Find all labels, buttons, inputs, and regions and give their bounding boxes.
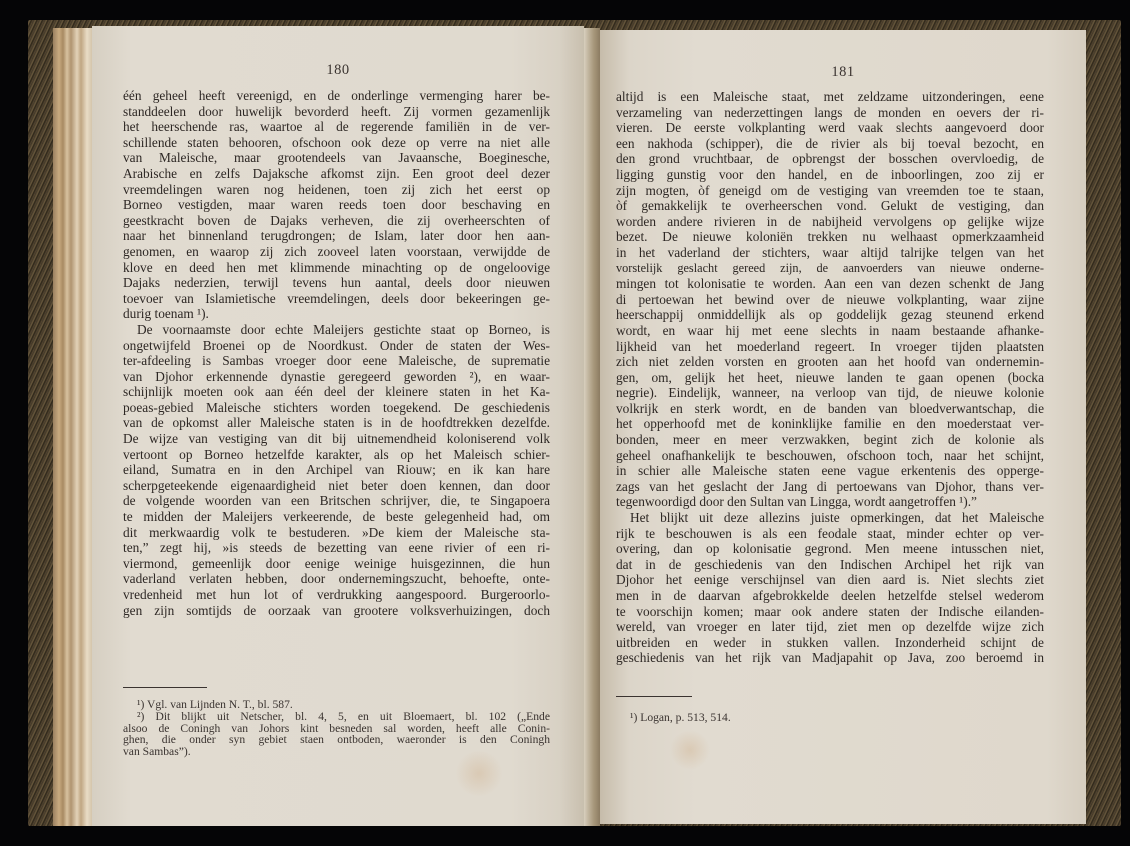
text-line: eiland, Sumatra en in den Archipel van R… bbox=[123, 462, 550, 478]
text-line: bezet. De nieuwe koloniën trekken nu wel… bbox=[616, 229, 1044, 245]
left-page: 180 één geheel heeft vereenigd, en de on… bbox=[92, 26, 584, 826]
text-line: uitbreiden en weder in stukken vallen. I… bbox=[616, 635, 1044, 651]
paper-stain bbox=[670, 730, 710, 770]
text-line: vertoont op Borneo hetzelfde karakter, a… bbox=[123, 447, 550, 463]
footnote-rule bbox=[123, 687, 207, 688]
footnote: ¹) Logan, p. 513, 514. bbox=[616, 712, 1044, 724]
text-line: altijd is een Maleische staat, met zeldz… bbox=[616, 89, 1044, 105]
body-text: één geheel heeft vereenigd, en de onderl… bbox=[123, 88, 550, 618]
text-line: zags van het geslacht der Jang di pertoe… bbox=[616, 479, 1044, 495]
footnote: ²) Dit blijkt uit Netscher, bl. 4, 5, en… bbox=[123, 711, 550, 723]
text-line: verzameling van nederzettingen langs de … bbox=[616, 105, 1044, 121]
footnote-rule bbox=[616, 696, 692, 697]
text-line: te voorschijn komen; maar ook andere sta… bbox=[616, 604, 1044, 620]
text-line: in schier alle Maleische staten eene vag… bbox=[616, 463, 1044, 479]
text-line: Het blijkt uit deze allezins juiste opme… bbox=[616, 510, 1044, 526]
text-line: toevoer van Islamietische vreemdelingen,… bbox=[123, 291, 550, 307]
text-line: de volgende woorden van een Britschen sc… bbox=[123, 493, 550, 509]
text-line: viermond, gemeenlijk door eenige weinige… bbox=[123, 556, 550, 572]
text-line: geheel onafhankelijk te beschouwen, ofsc… bbox=[616, 448, 1044, 464]
text-line: schijnlijk moeten ook aan één deel der k… bbox=[123, 384, 550, 400]
text-line: Arabische en zelfs Dajaksche afkomst zij… bbox=[123, 166, 550, 182]
text-line: te midden der Maleijers verkeerende, de … bbox=[123, 509, 550, 525]
paper-stain bbox=[454, 751, 504, 796]
text-line: één geheel heeft vereenigd, en de onderl… bbox=[123, 88, 550, 104]
text-line: dat in de geschiedenis van den Indischen… bbox=[616, 557, 1044, 573]
text-line: worden andere rivieren in de nabijheid v… bbox=[616, 214, 1044, 230]
right-page: 181 altijd is een Maleische staat, met z… bbox=[600, 30, 1086, 824]
text-line: ligging gunstig voor den handel, en de i… bbox=[616, 167, 1044, 183]
text-line: men in de daarvan afgebrokkelde deelen h… bbox=[616, 588, 1044, 604]
text-line: vorstelijk geslacht gereed zijn, de aanv… bbox=[616, 261, 1044, 277]
text-line: negrie). Eindelijk, wanneer, na verloop … bbox=[616, 385, 1044, 401]
text-line: di pertoewan het bewind over de nieuwe v… bbox=[616, 292, 1044, 308]
text-line: vredenheid met hun lot of verdrukking aa… bbox=[123, 587, 550, 603]
text-line: Dajaks nederzien, terwijl tevens hun aan… bbox=[123, 275, 550, 291]
text-line: tegenwoordigd door den Sultan van Lingga… bbox=[616, 494, 1044, 510]
text-line: van Maleische, maar grootendeels van Jav… bbox=[123, 150, 550, 166]
text-line: De wijze van vestiging van dit bij uitne… bbox=[123, 431, 550, 447]
page-number: 180 bbox=[92, 62, 584, 79]
text-line: standdeelen door huwelijk bevorderd heef… bbox=[123, 104, 550, 120]
text-line: durig toenam ¹). bbox=[123, 306, 550, 322]
text-line: geschiedenis van het rijk van Madjapahit… bbox=[616, 650, 1044, 666]
text-line: zich niet zelden vorsten en grooten aan … bbox=[616, 354, 1044, 370]
text-line: wereld, van vroeger en later tijd, ziet … bbox=[616, 619, 1044, 635]
body-text: altijd is een Maleische staat, met zeldz… bbox=[616, 89, 1044, 666]
text-line: het opperhoofd met de koninklijke famili… bbox=[616, 416, 1044, 432]
text-line: òf gemakkelijk te overheerschen vond. Ge… bbox=[616, 198, 1044, 214]
text-line: een nakhoda (schipper), die de rivier al… bbox=[616, 136, 1044, 152]
text-line: den grond vruchtbaar, de opbrengst der b… bbox=[616, 151, 1044, 167]
book-gutter bbox=[584, 28, 600, 826]
text-line: gen zijn somtijds de oorzaak van grooter… bbox=[123, 603, 550, 619]
text-line: overing, dan op kolonisatie gegrond. Men… bbox=[616, 541, 1044, 557]
text-line: schillende staten behooren, ofschoon ook… bbox=[123, 135, 550, 151]
text-line: vaderland verlaten hebben, door ondernem… bbox=[123, 571, 550, 587]
page-edges bbox=[53, 28, 93, 826]
text-line: zijn mogten, òf geneigd om de vestiging … bbox=[616, 183, 1044, 199]
text-line: wordt, en waar hij met eene slechts in n… bbox=[616, 323, 1044, 339]
text-line: De voornaamste door echte Maleijers gest… bbox=[123, 322, 550, 338]
text-line: heerschappij onmiddellijk als op goddeli… bbox=[616, 307, 1044, 323]
text-line: het heerschende ras, waartoe al de reger… bbox=[123, 119, 550, 135]
text-line: poeas-gebied Maleische stichters worden … bbox=[123, 400, 550, 416]
text-line: ten,” zegt hij, »is steeds de bezetting … bbox=[123, 540, 550, 556]
footnotes: ¹) Vgl. van Lijnden N. T., bl. 587. ²) D… bbox=[123, 699, 550, 758]
text-line: dit merkwaardig volk te bestuderen. »De … bbox=[123, 525, 550, 541]
text-line: gen, om, gelijk het heet, nieuwe landen … bbox=[616, 370, 1044, 386]
text-line: scherpgeteekende eigenaardigheid niet be… bbox=[123, 478, 550, 494]
text-line: van de opkomst aller Maleische staten is… bbox=[123, 415, 550, 431]
text-line: bonden, meer en meer verzwakken, begint … bbox=[616, 432, 1044, 448]
text-line: van Djohor erkennende dynastie geregeerd… bbox=[123, 369, 550, 385]
text-line: in het vaderland der stichters, waar alt… bbox=[616, 245, 1044, 261]
text-line: ongetwijfeld Broenei op de Noordkust. On… bbox=[123, 338, 550, 354]
footnotes: ¹) Logan, p. 513, 514. bbox=[616, 712, 1044, 724]
text-line: ter-afdeeling is Sambas vroeger door een… bbox=[123, 353, 550, 369]
text-line: mingen tot kolonisatie te worden. Aan ee… bbox=[616, 276, 1044, 292]
text-line: lijkheid van het moederland regeert. In … bbox=[616, 339, 1044, 355]
page-number: 181 bbox=[600, 64, 1086, 81]
text-line: volkrijk en sterk wordt, en de banden va… bbox=[616, 401, 1044, 417]
text-line: klove en deed hen met klimmende minachti… bbox=[123, 260, 550, 276]
text-line: naar het binnenland terugdrongen; de Isl… bbox=[123, 228, 550, 244]
text-line: Borneo vestigden, maar waren reeds toen … bbox=[123, 197, 550, 213]
text-line: Djohor het eenige verschijnsel van dien … bbox=[616, 572, 1044, 588]
text-line: geestkracht boven de Dajaks verheven, di… bbox=[123, 213, 550, 229]
text-line: rijk te beschouwen is als een feodale st… bbox=[616, 526, 1044, 542]
text-line: vreemdelingen waren nog heidenen, toen z… bbox=[123, 182, 550, 198]
text-line: vieren. De eerste volkplanting werd vaak… bbox=[616, 120, 1044, 136]
text-line: genomen, en waarop zij zich zooveel late… bbox=[123, 244, 550, 260]
